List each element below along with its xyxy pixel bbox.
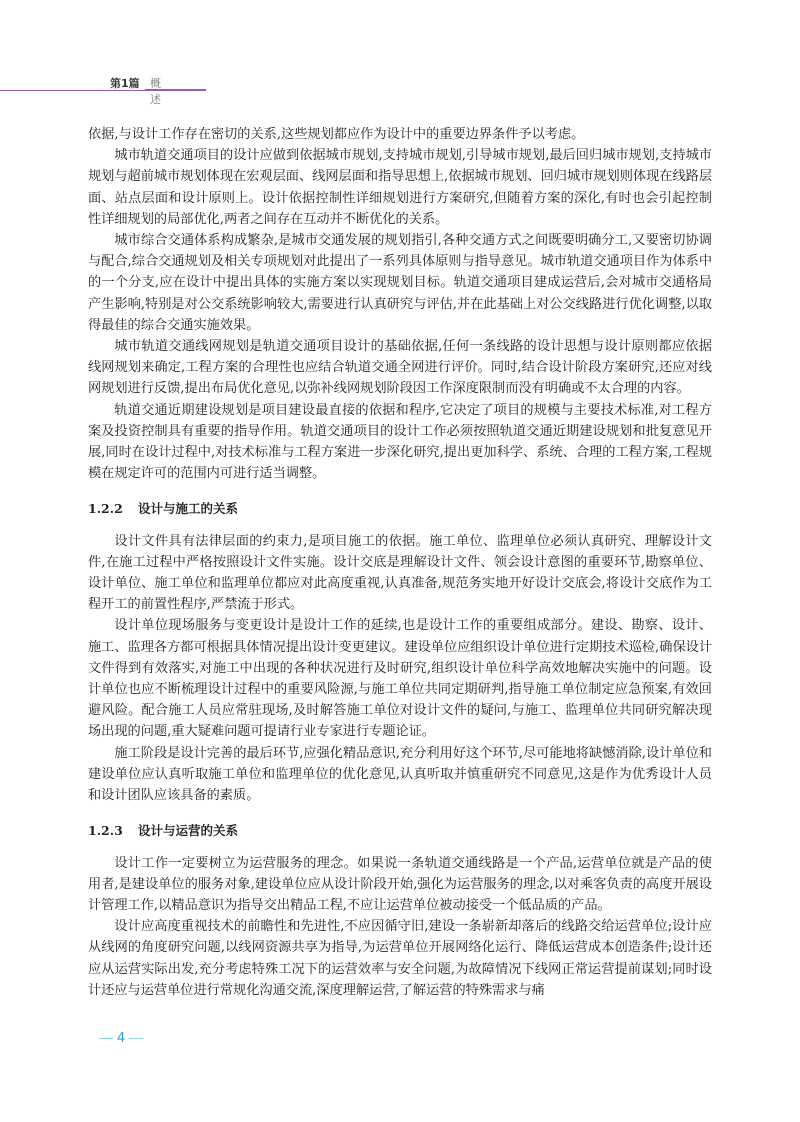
section-heading-1-2-3: 1.2.3设计与运营的关系 bbox=[88, 820, 712, 841]
footer-dash-right bbox=[129, 1038, 143, 1040]
header-rule bbox=[0, 90, 146, 91]
section-title: 设计与施工的关系 bbox=[138, 501, 238, 516]
paragraph: 施工阶段是设计完善的最后环节,应强化精品意识,充分利用好这个环节,尽可能地将缺憾… bbox=[88, 743, 712, 807]
footer-dash-left bbox=[99, 1038, 113, 1040]
section-number: 1.2.3 bbox=[88, 820, 138, 841]
paragraph: 城市轨道交通线网规划是轨道交通项目设计的基础依据,任何一条线路的设计思想与设计原… bbox=[88, 336, 712, 400]
page-footer: 4 bbox=[95, 1031, 147, 1046]
paragraph: 城市综合交通体系构成繁杂,是城市交通发展的规划指引,各种交通方式之间既要明确分工… bbox=[88, 230, 712, 336]
section-title: 设计与运营的关系 bbox=[138, 823, 238, 838]
paragraph: 设计单位现场服务与变更设计是设计工作的延续,也是设计工作的重要组成部分。建设、勘… bbox=[88, 615, 712, 742]
paragraph: 设计文件具有法律层面的约束力,是项目施工的依据。施工单位、监理单位必须认真研究、… bbox=[88, 531, 712, 616]
section-heading-1-2-2: 1.2.2设计与施工的关系 bbox=[88, 498, 712, 519]
running-header: 第1篇 概 述 bbox=[0, 72, 210, 92]
paragraph: 设计工作一定要树立为运营服务的理念。如果说一条轨道交通线路是一个产品,运营单位就… bbox=[88, 853, 712, 917]
section-number: 1.2.2 bbox=[88, 498, 138, 519]
paragraph: 轨道交通近期建设规划是项目建设最直接的依据和程序,它决定了项目的规模与主要技术标… bbox=[88, 400, 712, 485]
paragraph: 城市轨道交通项目的设计应做到依据城市规划,支持城市规划,引导城市规划,最后回归城… bbox=[88, 145, 712, 230]
header-rule-accent bbox=[145, 89, 206, 91]
paragraph: 依据,与设计工作存在密切的关系,这些规划都应作为设计中的重要边界条件予以考虑。 bbox=[88, 124, 712, 145]
page-body: 依据,与设计工作存在密切的关系,这些规划都应作为设计中的重要边界条件予以考虑。 … bbox=[88, 124, 712, 1001]
part-title: 概 述 bbox=[150, 75, 210, 107]
page-number: 4 bbox=[117, 1031, 125, 1046]
part-label: 第1篇 bbox=[110, 75, 140, 91]
paragraph: 设计应高度重视技术的前瞻性和先进性,不应因循守旧,建设一条崭新却落后的线路交给运… bbox=[88, 916, 712, 1001]
